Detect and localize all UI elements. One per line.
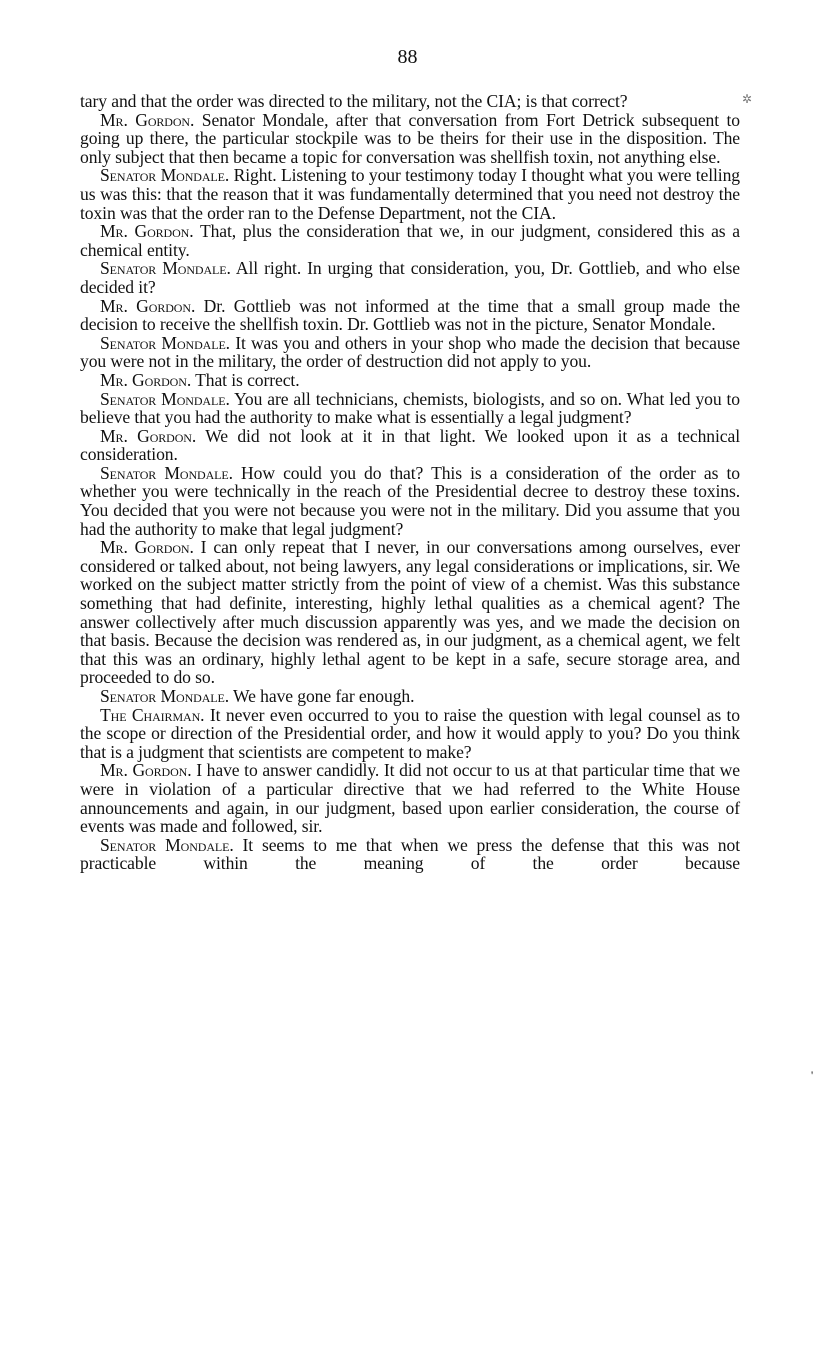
speaker-name: Mr. Gordon. bbox=[100, 221, 194, 241]
margin-mark-icon: ✲ bbox=[742, 92, 752, 107]
paragraph: Senator Mondale. We have gone far enough… bbox=[80, 687, 740, 706]
paragraph: Mr. Gordon. That is correct. bbox=[80, 371, 740, 390]
speaker-name: Senator Mondale. bbox=[100, 333, 230, 353]
speaker-name: Senator Mondale. bbox=[100, 165, 229, 185]
speaker-name: Senator Mondale. bbox=[100, 835, 234, 855]
paragraph: The Chairman. It never even occurred to … bbox=[80, 706, 740, 762]
speaker-name: The Chairman. bbox=[100, 705, 204, 725]
paragraph: Senator Mondale. Right. Listening to you… bbox=[80, 166, 740, 222]
paragraph: Mr. Gordon. We did not look at it in tha… bbox=[80, 427, 740, 464]
paragraph: Senator Mondale. All right. In urging th… bbox=[80, 259, 740, 296]
paragraph: Mr. Gordon. Senator Mondale, after that … bbox=[80, 111, 740, 167]
paragraph: Mr. Gordon. Dr. Gottlieb was not informe… bbox=[80, 297, 740, 334]
paragraph: Mr. Gordon. That, plus the consideration… bbox=[80, 222, 740, 259]
speaker-name: Senator Mondale. bbox=[100, 463, 233, 483]
margin-tick: ' bbox=[811, 1068, 813, 1083]
page-number: 88 bbox=[0, 46, 815, 69]
paragraph: Mr. Gordon. I can only repeat that I nev… bbox=[80, 538, 740, 687]
paragraph: Senator Mondale. You are all technicians… bbox=[80, 390, 740, 427]
speaker-name: Senator Mondale. bbox=[100, 258, 231, 278]
speaker-name: Senator Mondale. bbox=[100, 686, 229, 706]
speaker-name: Mr. Gordon. bbox=[100, 370, 191, 390]
speaker-name: Mr. Gordon. bbox=[100, 760, 192, 780]
paragraph: Senator Mondale. It seems to me that whe… bbox=[80, 836, 740, 873]
paragraph: Mr. Gordon. I have to answer candidly. I… bbox=[80, 761, 740, 835]
speaker-name: Mr. Gordon. bbox=[100, 537, 194, 557]
speaker-name: Senator Mondale. bbox=[100, 389, 230, 409]
transcript-body: tary and that the order was directed to … bbox=[80, 92, 740, 873]
paragraph: Senator Mondale. It was you and others i… bbox=[80, 334, 740, 371]
paragraph: tary and that the order was directed to … bbox=[80, 92, 740, 111]
speaker-name: Mr. Gordon. bbox=[100, 110, 194, 130]
speaker-name: Mr. Gordon. bbox=[100, 296, 195, 316]
speaker-name: Mr. Gordon. bbox=[100, 426, 196, 446]
paragraph: Senator Mondale. How could you do that? … bbox=[80, 464, 740, 538]
